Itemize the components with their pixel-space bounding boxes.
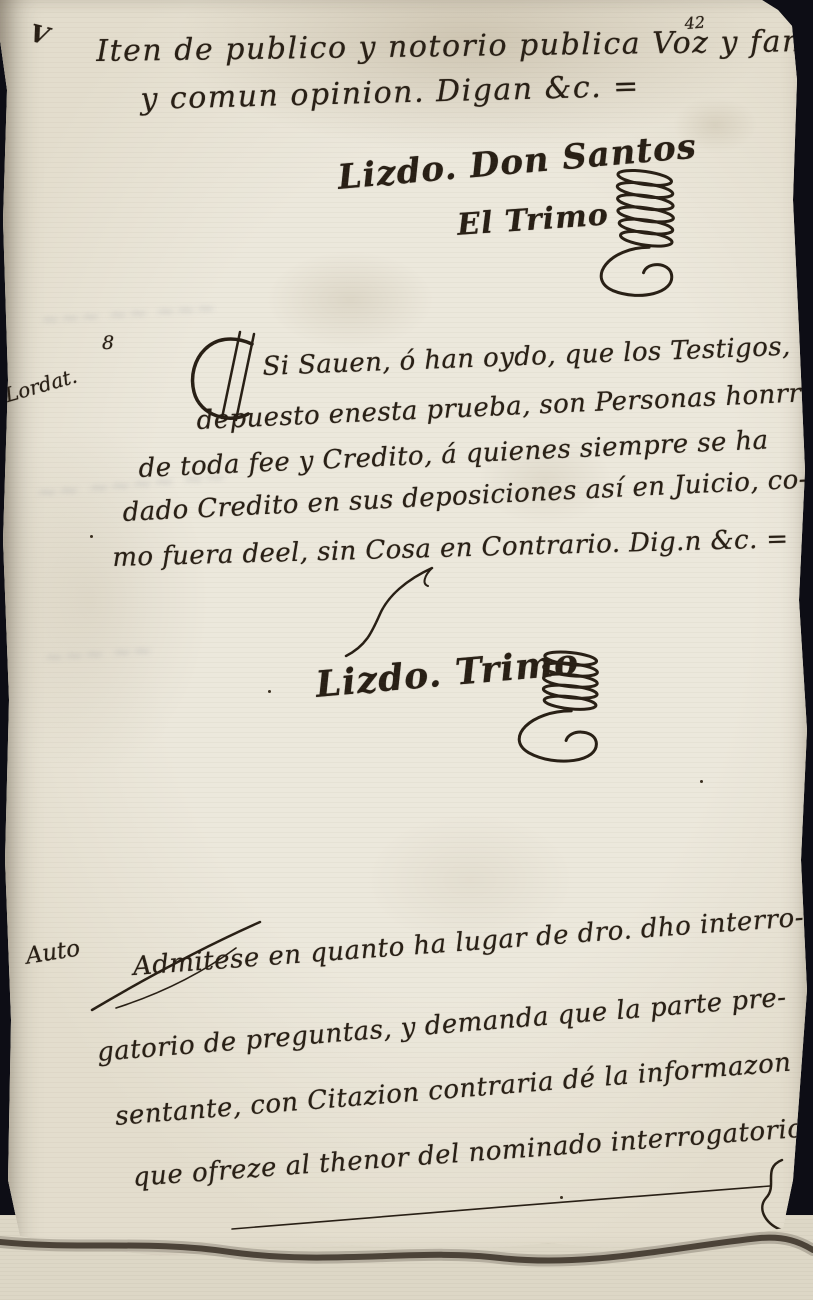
manuscript-scan-page: ~~~ ~~ ~~~ ~~ ~~~~ ~~ ~~~ ~~ V 42 Iten d… [0,0,813,1300]
deckle-edge-shadow [0,0,813,1300]
